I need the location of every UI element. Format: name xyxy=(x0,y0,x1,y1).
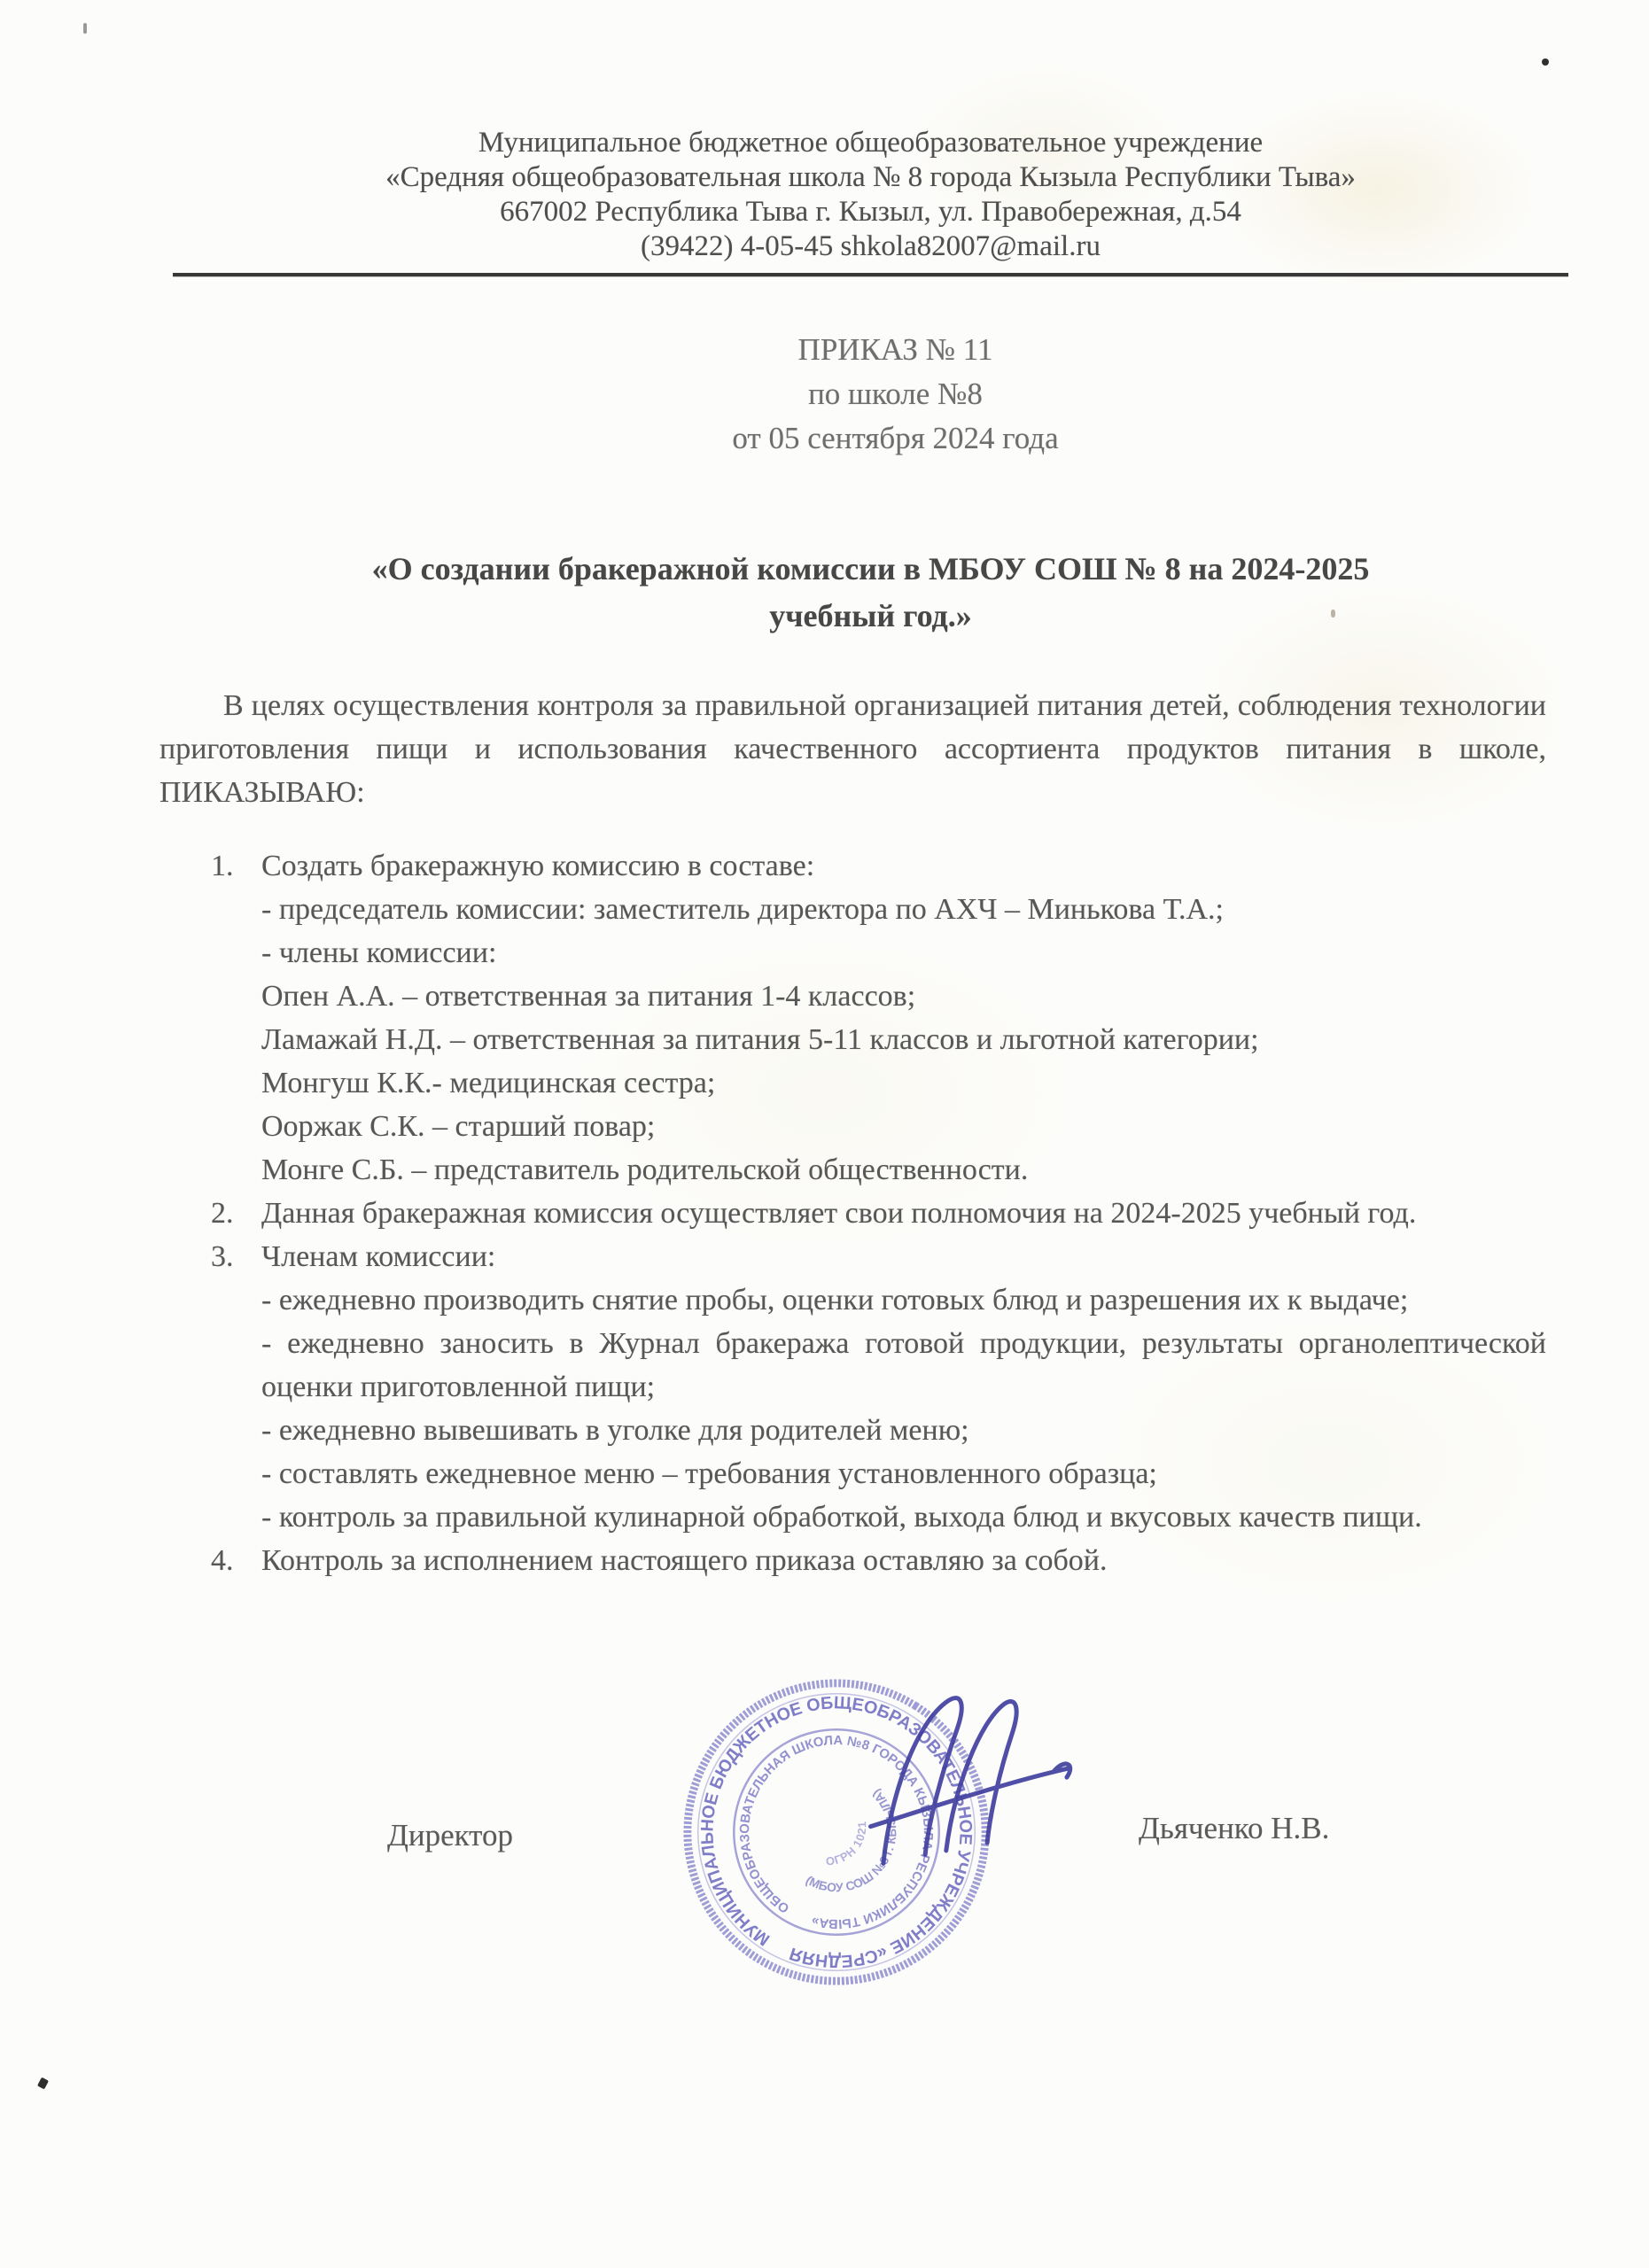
item-text: Членам комиссии: xyxy=(261,1235,1546,1278)
order-subitem: - ежедневно вывешивать в уголке для роди… xyxy=(261,1409,1546,1452)
order-item-1: 1. Создать бракеражную комиссию в состав… xyxy=(159,844,1546,1192)
item-number: 2. xyxy=(211,1192,234,1235)
order-subitem: - контроль за правильной кулинарной обра… xyxy=(261,1495,1546,1539)
item-text: Данная бракеражная комиссия осуществляет… xyxy=(261,1192,1546,1235)
director-signature xyxy=(828,1660,1107,1907)
item-number: 4. xyxy=(211,1539,234,1582)
order-subitem: - ежедневно заносить в Журнал бракеража … xyxy=(261,1322,1546,1409)
signer-role: Директор xyxy=(387,1818,513,1853)
order-subject-line1: «О создании бракеражной комиссии в МБОУ … xyxy=(173,546,1568,593)
order-item-4: 4. Контроль за исполнением настоящего пр… xyxy=(159,1539,1546,1582)
order-title-block: ПРИКАЗ № 11 по школе №8 от 05 сентября 2… xyxy=(198,328,1593,461)
org-name-line2: «Средняя общеобразовательная школа № 8 г… xyxy=(173,160,1568,195)
order-subitem: Ламажай Н.Д. – ответственная за питания … xyxy=(261,1018,1546,1061)
org-name-line1: Муниципальное бюджетное общеобразователь… xyxy=(173,126,1568,160)
order-subitem: Ооржак С.К. – старший повар; xyxy=(261,1105,1546,1148)
order-subitem: - председатель комиссии: заместитель дир… xyxy=(261,888,1546,931)
order-intro-paragraph: В целях осуществления контроля за правил… xyxy=(159,684,1546,814)
org-address-line: 667002 Республика Тыва г. Кызыл, ул. Пра… xyxy=(173,195,1568,229)
item-text: Контроль за исполнением настоящего прика… xyxy=(261,1539,1546,1582)
org-contacts-line: (39422) 4-05-45 shkola82007@mail.ru xyxy=(173,229,1568,264)
order-items: 1. Создать бракеражную комиссию в состав… xyxy=(159,844,1546,1582)
order-date-line: от 05 сентября 2024 года xyxy=(198,416,1593,461)
order-subitem: Опен А.А. – ответственная за питания 1-4… xyxy=(261,975,1546,1018)
order-item-3: 3. Членам комиссии: - ежедневно производ… xyxy=(159,1235,1546,1539)
order-school-line: по школе №8 xyxy=(198,372,1593,416)
order-number-line: ПРИКАЗ № 11 xyxy=(198,328,1593,372)
header-divider xyxy=(173,273,1568,276)
signer-name: Дьяченко Н.В. xyxy=(1139,1811,1329,1846)
order-subject-line2: учебный год.» xyxy=(173,593,1568,640)
order-subitem: - члены комиссии: xyxy=(261,931,1546,975)
order-subitem: Монге С.Б. – представитель родительской … xyxy=(261,1148,1546,1192)
scanned-order-page: Муниципальное бюджетное общеобразователь… xyxy=(0,0,1649,2268)
item-number: 1. xyxy=(211,844,234,888)
scan-speck xyxy=(1542,58,1549,66)
order-subitem: - составлять ежедневное меню – требовани… xyxy=(261,1452,1546,1495)
item-text: Создать бракеражную комиссию в составе: xyxy=(261,844,1546,888)
order-subitem: Монгуш К.К.- медицинская сестра; xyxy=(261,1061,1546,1105)
scan-speck xyxy=(37,2078,49,2090)
scan-speck xyxy=(1331,610,1335,617)
order-item-2: 2. Данная бракеражная комиссия осуществл… xyxy=(159,1192,1546,1235)
order-subject: «О создании бракеражной комиссии в МБОУ … xyxy=(173,546,1568,640)
scan-speck xyxy=(83,23,87,34)
order-subitem: - ежедневно производить снятие пробы, оц… xyxy=(261,1278,1546,1322)
item-number: 3. xyxy=(211,1235,234,1278)
org-header: Муниципальное бюджетное общеобразователь… xyxy=(173,126,1568,276)
signature-stroke xyxy=(931,1701,1031,1851)
order-body: В целях осуществления контроля за правил… xyxy=(159,684,1546,1582)
